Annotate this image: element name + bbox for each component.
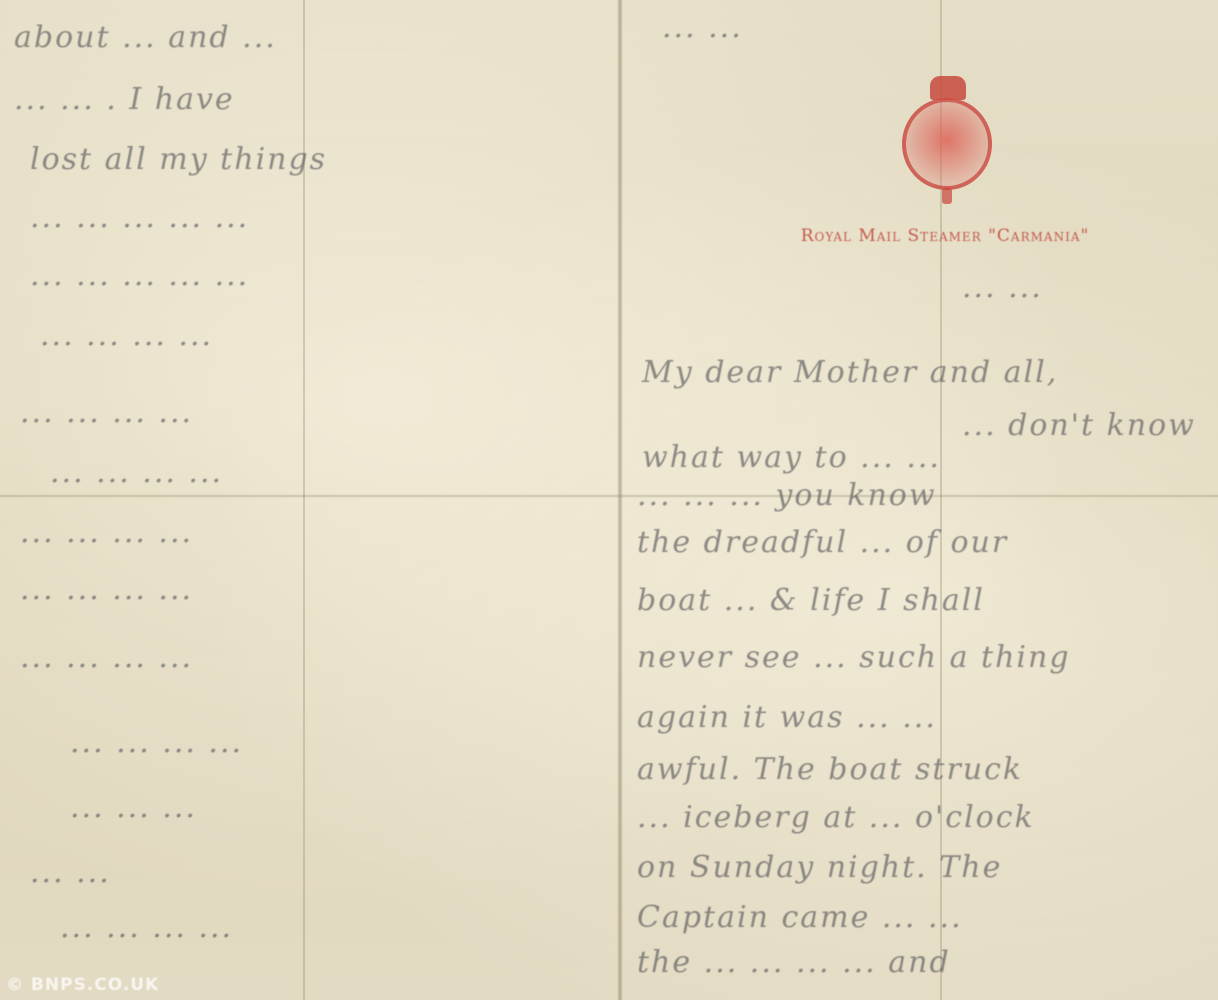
handwriting-date: ... ... (962, 270, 1043, 305)
handwriting-line: ... iceberg at ... o'clock (637, 800, 1035, 835)
handwriting-line: ... ... ... ... (20, 640, 193, 675)
left-page: about ... and ... ... ... . I have lost … (0, 0, 615, 1000)
handwriting-line: Captain came ... ... (637, 900, 963, 935)
handwriting-line: ... ... . I have (14, 82, 235, 117)
letterhead-text: Royal Mail Steamer "Carmania" (790, 226, 1100, 246)
handwriting-line: again it was ... ... (637, 700, 937, 735)
crown-icon (930, 76, 966, 100)
handwriting-signature: ... ... (30, 855, 111, 890)
handwriting-line: awful. The boat struck (637, 752, 1023, 787)
handwriting-line: what way to ... ... (642, 440, 941, 475)
handwriting-line: ... ... ... ... ... (30, 258, 249, 293)
copyright-watermark: © BNPS.CO.UK (6, 975, 159, 995)
handwriting-line: never see ... such a thing (637, 640, 1071, 675)
handwriting-line: the ... ... ... ... and (637, 945, 951, 980)
handwriting-line: boat ... & life I shall (637, 583, 985, 618)
handwriting-line: ... ... ... ... (50, 455, 223, 490)
ship-crest-icon (900, 76, 996, 206)
handwriting-line: about ... and ... (14, 20, 277, 55)
handwriting-line: ... ... ... ... ... (30, 200, 249, 235)
handwriting-line: on Sunday night. The (637, 850, 1002, 885)
salutation: My dear Mother and all, (642, 355, 1058, 390)
handwriting-line: ... ... ... ... (40, 318, 213, 353)
handwriting-line: ... ... ... ... (20, 515, 193, 550)
handwriting-line: ... don't know (962, 408, 1196, 443)
lion-emblem-icon (902, 98, 992, 190)
handwriting-line: lost all my things (30, 142, 327, 177)
handwriting-line: ... ... ... ... (70, 725, 243, 760)
handwriting-line: ... ... ... ... (20, 395, 193, 430)
handwriting-line: ... ... ... you know (637, 478, 937, 513)
handwriting-line: the dreadful ... of our (637, 525, 1008, 560)
handwriting-line: ... ... ... ... (60, 910, 233, 945)
handwriting-line: ... ... ... (70, 790, 197, 825)
handwriting-line: ... ... (662, 10, 743, 45)
crest-pendant (942, 188, 952, 204)
handwriting-line: ... ... ... ... (20, 572, 193, 607)
